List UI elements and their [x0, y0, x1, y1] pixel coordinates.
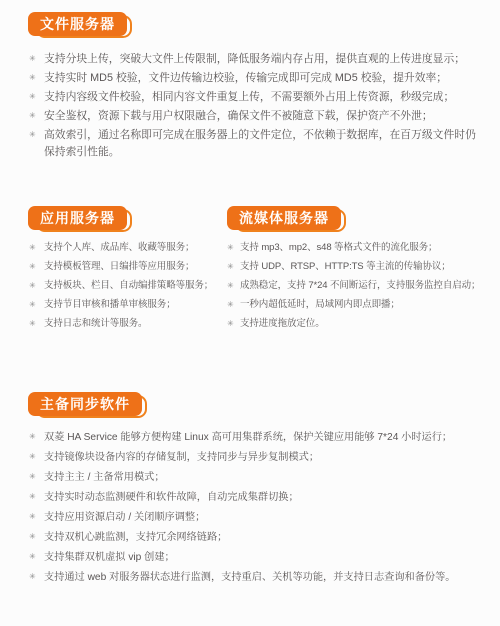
feature-text: 支持模板管理、日编排等应用服务；: [44, 261, 194, 272]
asterisk-bullet-icon: ✳: [29, 92, 36, 102]
list-item: ✳支持应用资源启动 / 关闭顺序调整；: [28, 509, 485, 526]
section-title: 文件服务器: [28, 12, 127, 36]
feature-list: ✳支持分块上传，突破大文件上传限制，降低服务端内存占用，提供直观的上传进度显示；…: [28, 51, 485, 161]
asterisk-bullet-icon: ✳: [29, 532, 36, 542]
feature-sheet: 文件服务器 ✳支持分块上传，突破大文件上传限制，降低服务端内存占用，提供直观的上…: [0, 0, 500, 626]
section-title: 流媒体服务器: [227, 206, 341, 230]
list-item: ✳支持节目审核和播单审核服务；: [28, 297, 227, 313]
list-item: ✳安全鉴权，资源下载与用户权限融合，确保文件不被随意下载，保护资产不外泄；: [28, 108, 485, 125]
asterisk-bullet-icon: ✳: [29, 54, 36, 64]
feature-text: 支持镜像块设备内容的存储复制，支持同步与异步复制模式；: [44, 452, 319, 463]
feature-text: 双菱 HA Service 能够方便构建 Linux 高可用集群系统，保护关键应…: [44, 432, 452, 443]
asterisk-bullet-icon: ✳: [29, 281, 36, 291]
feature-text: 支持通过 web 对服务器状态进行监测，支持重启、关机等功能，并支持日志查询和备…: [44, 572, 455, 583]
asterisk-bullet-icon: ✳: [29, 130, 36, 140]
asterisk-bullet-icon: ✳: [29, 432, 36, 442]
feature-text: 支持 mp3、mp2、s48 等格式文件的流化服务；: [240, 242, 437, 253]
list-item: ✳支持集群双机虚拟 vip 创建；: [28, 549, 485, 566]
section-title: 主备同步软件: [28, 392, 142, 416]
section-badge: 流媒体服务器: [227, 206, 341, 230]
list-item: ✳支持模板管理、日编排等应用服务；: [28, 259, 227, 275]
asterisk-bullet-icon: ✳: [29, 492, 36, 502]
asterisk-bullet-icon: ✳: [29, 512, 36, 522]
asterisk-bullet-icon: ✳: [29, 319, 36, 329]
feature-text: 支持个人库、成品库、收藏等服务；: [44, 242, 194, 253]
asterisk-bullet-icon: ✳: [29, 111, 36, 121]
list-item: ✳双菱 HA Service 能够方便构建 Linux 高可用集群系统，保护关键…: [28, 429, 485, 446]
feature-list: ✳双菱 HA Service 能够方便构建 Linux 高可用集群系统，保护关键…: [28, 429, 485, 586]
list-item: ✳支持镜像块设备内容的存储复制，支持同步与异步复制模式；: [28, 449, 485, 466]
feature-text: 高效索引，通过名称即可完成在服务器上的文件定位，不依赖于数据库，在百万级文件时仍…: [44, 129, 476, 158]
list-item: ✳支持日志和统计等服务。: [28, 316, 227, 332]
list-item: ✳支持 mp3、mp2、s48 等格式文件的流化服务；: [227, 240, 485, 256]
feature-text: 支持节目审核和播单审核服务；: [44, 299, 176, 310]
asterisk-bullet-icon: ✳: [29, 300, 36, 310]
feature-text: 支持日志和统计等服务。: [44, 318, 147, 329]
two-column-row: 应用服务器 ✳支持个人库、成品库、收藏等服务； ✳支持模板管理、日编排等应用服务…: [28, 206, 485, 335]
asterisk-bullet-icon: ✳: [227, 262, 234, 272]
feature-text: 支持 UDP、RTSP、HTTP:TS 等主流的传输协议；: [240, 261, 451, 272]
feature-text: 支持内容级文件校验，相同内容文件重复上传，不需要额外占用上传资源，秒级完成；: [44, 91, 454, 103]
section-streaming-server: 流媒体服务器 ✳支持 mp3、mp2、s48 等格式文件的流化服务； ✳支持 U…: [227, 206, 485, 335]
feature-list: ✳支持个人库、成品库、收藏等服务； ✳支持模板管理、日编排等应用服务； ✳支持板…: [28, 240, 227, 332]
list-item: ✳支持 UDP、RTSP、HTTP:TS 等主流的传输协议；: [227, 259, 485, 275]
section-title: 应用服务器: [28, 206, 127, 230]
asterisk-bullet-icon: ✳: [29, 452, 36, 462]
list-item: ✳支持双机心跳监测，支持冗余网络链路；: [28, 529, 485, 546]
asterisk-bullet-icon: ✳: [227, 281, 234, 291]
list-item: ✳支持实时动态监测硬件和软件故障，自动完成集群切换；: [28, 489, 485, 506]
feature-text: 支持主主 / 主备常用模式；: [44, 472, 165, 483]
asterisk-bullet-icon: ✳: [29, 472, 36, 482]
section-badge: 应用服务器: [28, 206, 127, 230]
list-item: ✳支持分块上传，突破大文件上传限制，降低服务端内存占用，提供直观的上传进度显示；: [28, 51, 485, 68]
feature-text: 安全鉴权，资源下载与用户权限融合，确保文件不被随意下载，保护资产不外泄；: [44, 110, 433, 122]
asterisk-bullet-icon: ✳: [227, 319, 234, 329]
asterisk-bullet-icon: ✳: [29, 262, 36, 272]
feature-text: 支持双机心跳监测，支持冗余网络链路；: [44, 532, 227, 543]
asterisk-bullet-icon: ✳: [29, 73, 36, 83]
feature-text: 支持实时动态监测硬件和软件故障，自动完成集群切换；: [44, 492, 299, 503]
list-item: ✳一秒内超低延时，局域网内即点即播；: [227, 297, 485, 313]
list-item: ✳支持板块、栏目、自动编排策略等服务；: [28, 278, 227, 294]
asterisk-bullet-icon: ✳: [29, 572, 36, 582]
section-badge: 文件服务器: [28, 12, 127, 36]
asterisk-bullet-icon: ✳: [29, 552, 36, 562]
feature-list: ✳支持 mp3、mp2、s48 等格式文件的流化服务； ✳支持 UDP、RTSP…: [227, 240, 485, 332]
list-item: ✳支持个人库、成品库、收藏等服务；: [28, 240, 227, 256]
feature-text: 成熟稳定，支持 7*24 不间断运行，支持服务监控自启动；: [240, 280, 480, 291]
list-item: ✳支持通过 web 对服务器状态进行监测，支持重启、关机等功能，并支持日志查询和…: [28, 569, 485, 586]
asterisk-bullet-icon: ✳: [227, 300, 234, 310]
list-item: ✳成熟稳定，支持 7*24 不间断运行，支持服务监控自启动；: [227, 278, 485, 294]
asterisk-bullet-icon: ✳: [227, 243, 234, 253]
feature-text: 一秒内超低延时，局域网内即点即播；: [240, 299, 400, 310]
section-app-server: 应用服务器 ✳支持个人库、成品库、收藏等服务； ✳支持模板管理、日编排等应用服务…: [28, 206, 227, 335]
asterisk-bullet-icon: ✳: [29, 243, 36, 253]
list-item: ✳支持主主 / 主备常用模式；: [28, 469, 485, 486]
list-item: ✳支持实时 MD5 校验，文件边传输边校验，传输完成即可完成 MD5 校验，提升…: [28, 70, 485, 87]
feature-text: 支持集群双机虚拟 vip 创建；: [44, 552, 175, 563]
feature-text: 支持分块上传，突破大文件上传限制，降低服务端内存占用，提供直观的上传进度显示；: [44, 53, 465, 65]
list-item: ✳支持进度拖放定位。: [227, 316, 485, 332]
list-item: ✳支持内容级文件校验，相同内容文件重复上传，不需要额外占用上传资源，秒级完成；: [28, 89, 485, 106]
section-file-server: 文件服务器 ✳支持分块上传，突破大文件上传限制，降低服务端内存占用，提供直观的上…: [28, 12, 485, 161]
feature-text: 支持实时 MD5 校验，文件边传输边校验，传输完成即可完成 MD5 校验，提升效…: [44, 72, 447, 84]
feature-text: 支持进度拖放定位。: [240, 318, 325, 329]
list-item: ✳高效索引，通过名称即可完成在服务器上的文件定位，不依赖于数据库，在百万级文件时…: [28, 127, 485, 161]
section-badge: 主备同步软件: [28, 392, 142, 416]
feature-text: 支持应用资源启动 / 关闭顺序调整；: [44, 512, 205, 523]
section-ha-sync: 主备同步软件 ✳双菱 HA Service 能够方便构建 Linux 高可用集群…: [28, 392, 485, 586]
feature-text: 支持板块、栏目、自动编排策略等服务；: [44, 280, 213, 291]
